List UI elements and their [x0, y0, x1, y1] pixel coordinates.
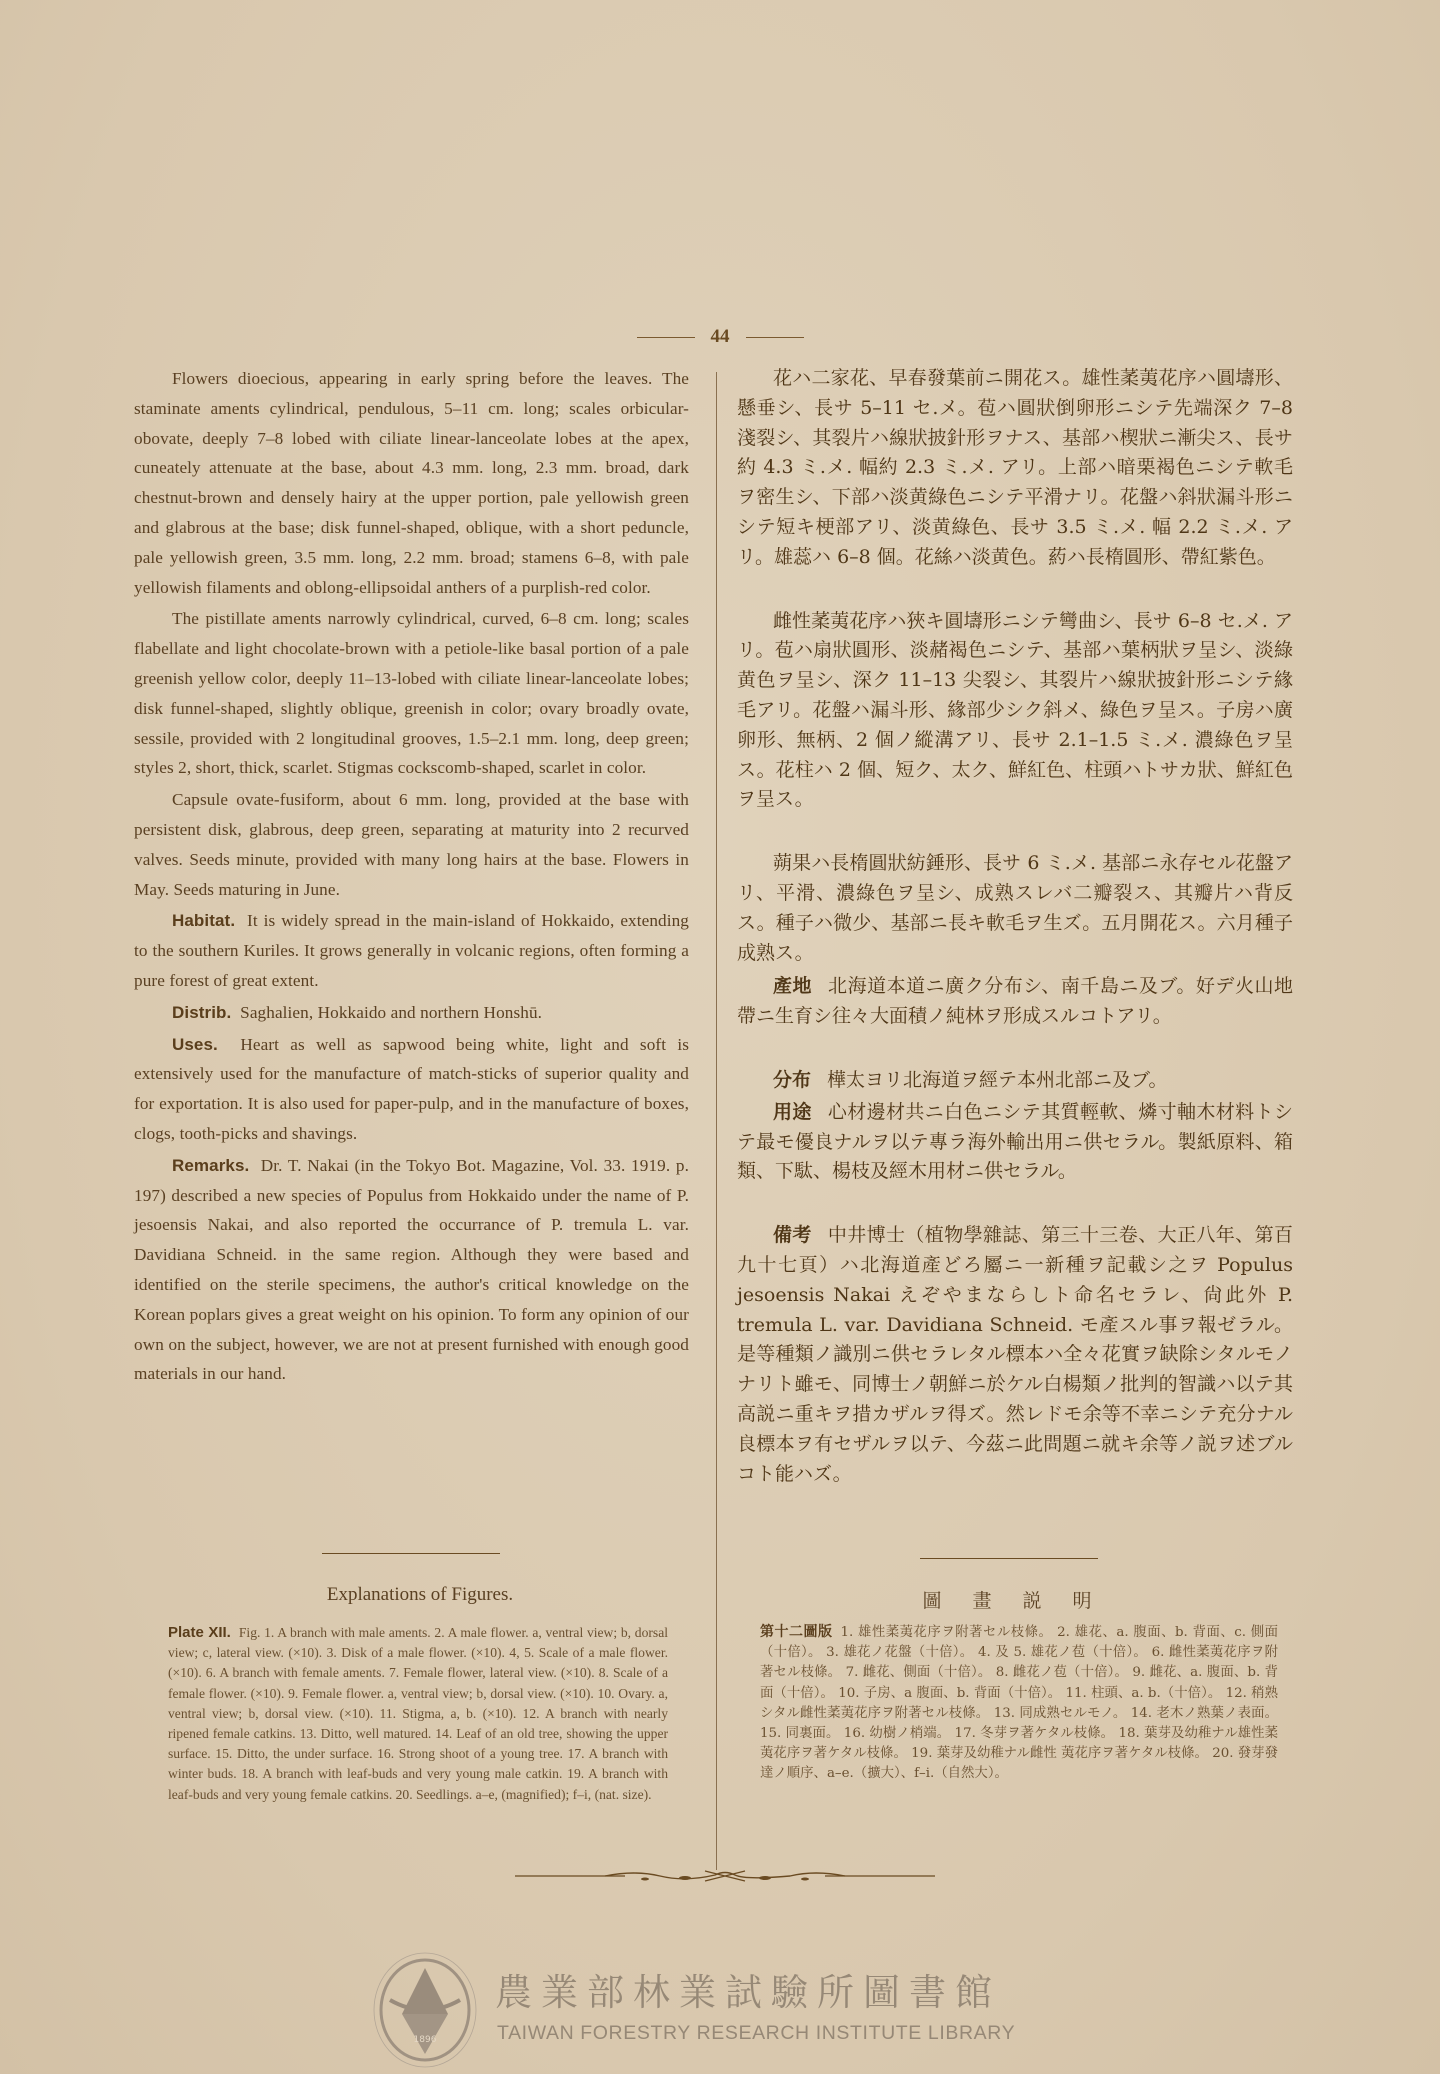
library-watermark: 1896 農業部林業試驗所圖書館 TAIWAN FORESTRY RESEARC… — [370, 1950, 1090, 2074]
ja-paragraph-capsule: 蒴果ハ長楕圓狀紡錘形、長サ 6 ミ.メ. 基部ニ永存セル花盤アリ、平滑、濃綠色ヲ… — [737, 849, 1293, 968]
ja-heading-remarks: 備考 — [773, 1224, 812, 1246]
figures-explanation-en: Plate XII.Fig. 1. A branch with male ame… — [168, 1623, 668, 1805]
en-paragraph-capsule: Capsule ovate-fusiform, about 6 mm. long… — [134, 785, 689, 904]
en-heading-uses: Uses. — [172, 1035, 218, 1054]
en-paragraph-remarks: Remarks. Dr. T. Nakai (in the Tokyo Bot.… — [134, 1151, 689, 1389]
ja-paragraph-habitat: 產地北海道本道ニ廣ク分布シ、南千島ニ及ブ。好デ火山地帶ニ生育シ往々大面積ノ純林ヲ… — [737, 972, 1293, 1032]
en-paragraph-flowers: Flowers dioecious, appearing in early sp… — [134, 364, 689, 602]
page-number-rule-right — [746, 337, 804, 338]
page-number: 44 — [0, 326, 1440, 348]
plate-label-en: Plate XII. — [168, 1624, 231, 1641]
ja-paragraph-distrib: 分布樺太ヨリ北海道ヲ經テ本州北部ニ及ブ。 — [737, 1066, 1293, 1096]
ja-heading-habitat: 產地 — [773, 975, 812, 997]
ja-heading-distrib: 分布 — [773, 1069, 811, 1091]
ja-paragraph-pistillate: 雌性葇荑花序ハ狹キ圓壔形ニシテ彎曲シ、長サ 6–8 セ.メ. アリ。苞ハ扇狀圓形… — [737, 607, 1293, 816]
ja-paragraph-uses: 用途心材邊材共ニ白色ニシテ其質輕軟、燐寸軸木材料トシテ最モ優良ナルヲ以テ專ラ海外… — [737, 1098, 1293, 1187]
page-number-text: 44 — [711, 326, 730, 347]
ja-paragraph-remarks: 備考中井博士（植物學雜誌、第三十三卷、大正八年、第百九十七頁）ハ北海道產どろ屬ニ… — [737, 1221, 1293, 1489]
english-section-rule — [322, 1553, 500, 1554]
figures-explanation-ja: 第十二圖版1. 雄性葇荑花序ヲ附著セル枝條。 2. 雄花、a. 腹面、b. 背面… — [760, 1622, 1278, 1785]
en-heading-remarks: Remarks. — [172, 1156, 249, 1175]
en-paragraph-pistillate: The pistillate aments narrowly cylindric… — [134, 604, 689, 783]
ornamental-rule — [515, 1866, 935, 1886]
svg-text:1896: 1896 — [414, 2035, 437, 2045]
japanese-section-rule — [920, 1558, 1098, 1559]
library-name-english: TAIWAN FORESTRY RESEARCH INSTITUTE LIBRA… — [497, 2022, 1015, 2045]
en-paragraph-distrib: Distrib. Saghalien, Hokkaido and norther… — [134, 998, 689, 1028]
library-name-chinese: 農業部林業試驗所圖書館 — [495, 1962, 1001, 2016]
japanese-column: 花ハ二家花、早春發葉前ニ開花ス。雄性葇荑花序ハ圓壔形、懸垂シ、長サ 5–11 セ… — [737, 364, 1293, 1489]
page-number-rule-left — [637, 337, 695, 338]
en-heading-distrib: Distrib. — [172, 1003, 231, 1022]
english-column: Flowers dioecious, appearing in early sp… — [134, 364, 689, 1389]
ja-paragraph-flowers: 花ハ二家花、早春發葉前ニ開花ス。雄性葇荑花序ハ圓壔形、懸垂シ、長サ 5–11 セ… — [737, 364, 1293, 573]
forestry-institute-logo-icon: 1896 — [370, 1950, 480, 2068]
ja-heading-uses: 用途 — [773, 1101, 812, 1123]
en-paragraph-habitat: Habitat. It is widely spread in the main… — [134, 906, 689, 995]
en-heading-habitat: Habitat. — [172, 911, 235, 930]
column-divider — [716, 372, 717, 1870]
figures-title-ja: 圖 畫 説 明 — [740, 1586, 1280, 1613]
en-paragraph-uses: Uses. Heart as well as sapwood being whi… — [134, 1030, 689, 1149]
figures-title-en: Explanations of Figures. — [160, 1584, 680, 1606]
plate-label-ja: 第十二圖版 — [760, 1624, 832, 1640]
